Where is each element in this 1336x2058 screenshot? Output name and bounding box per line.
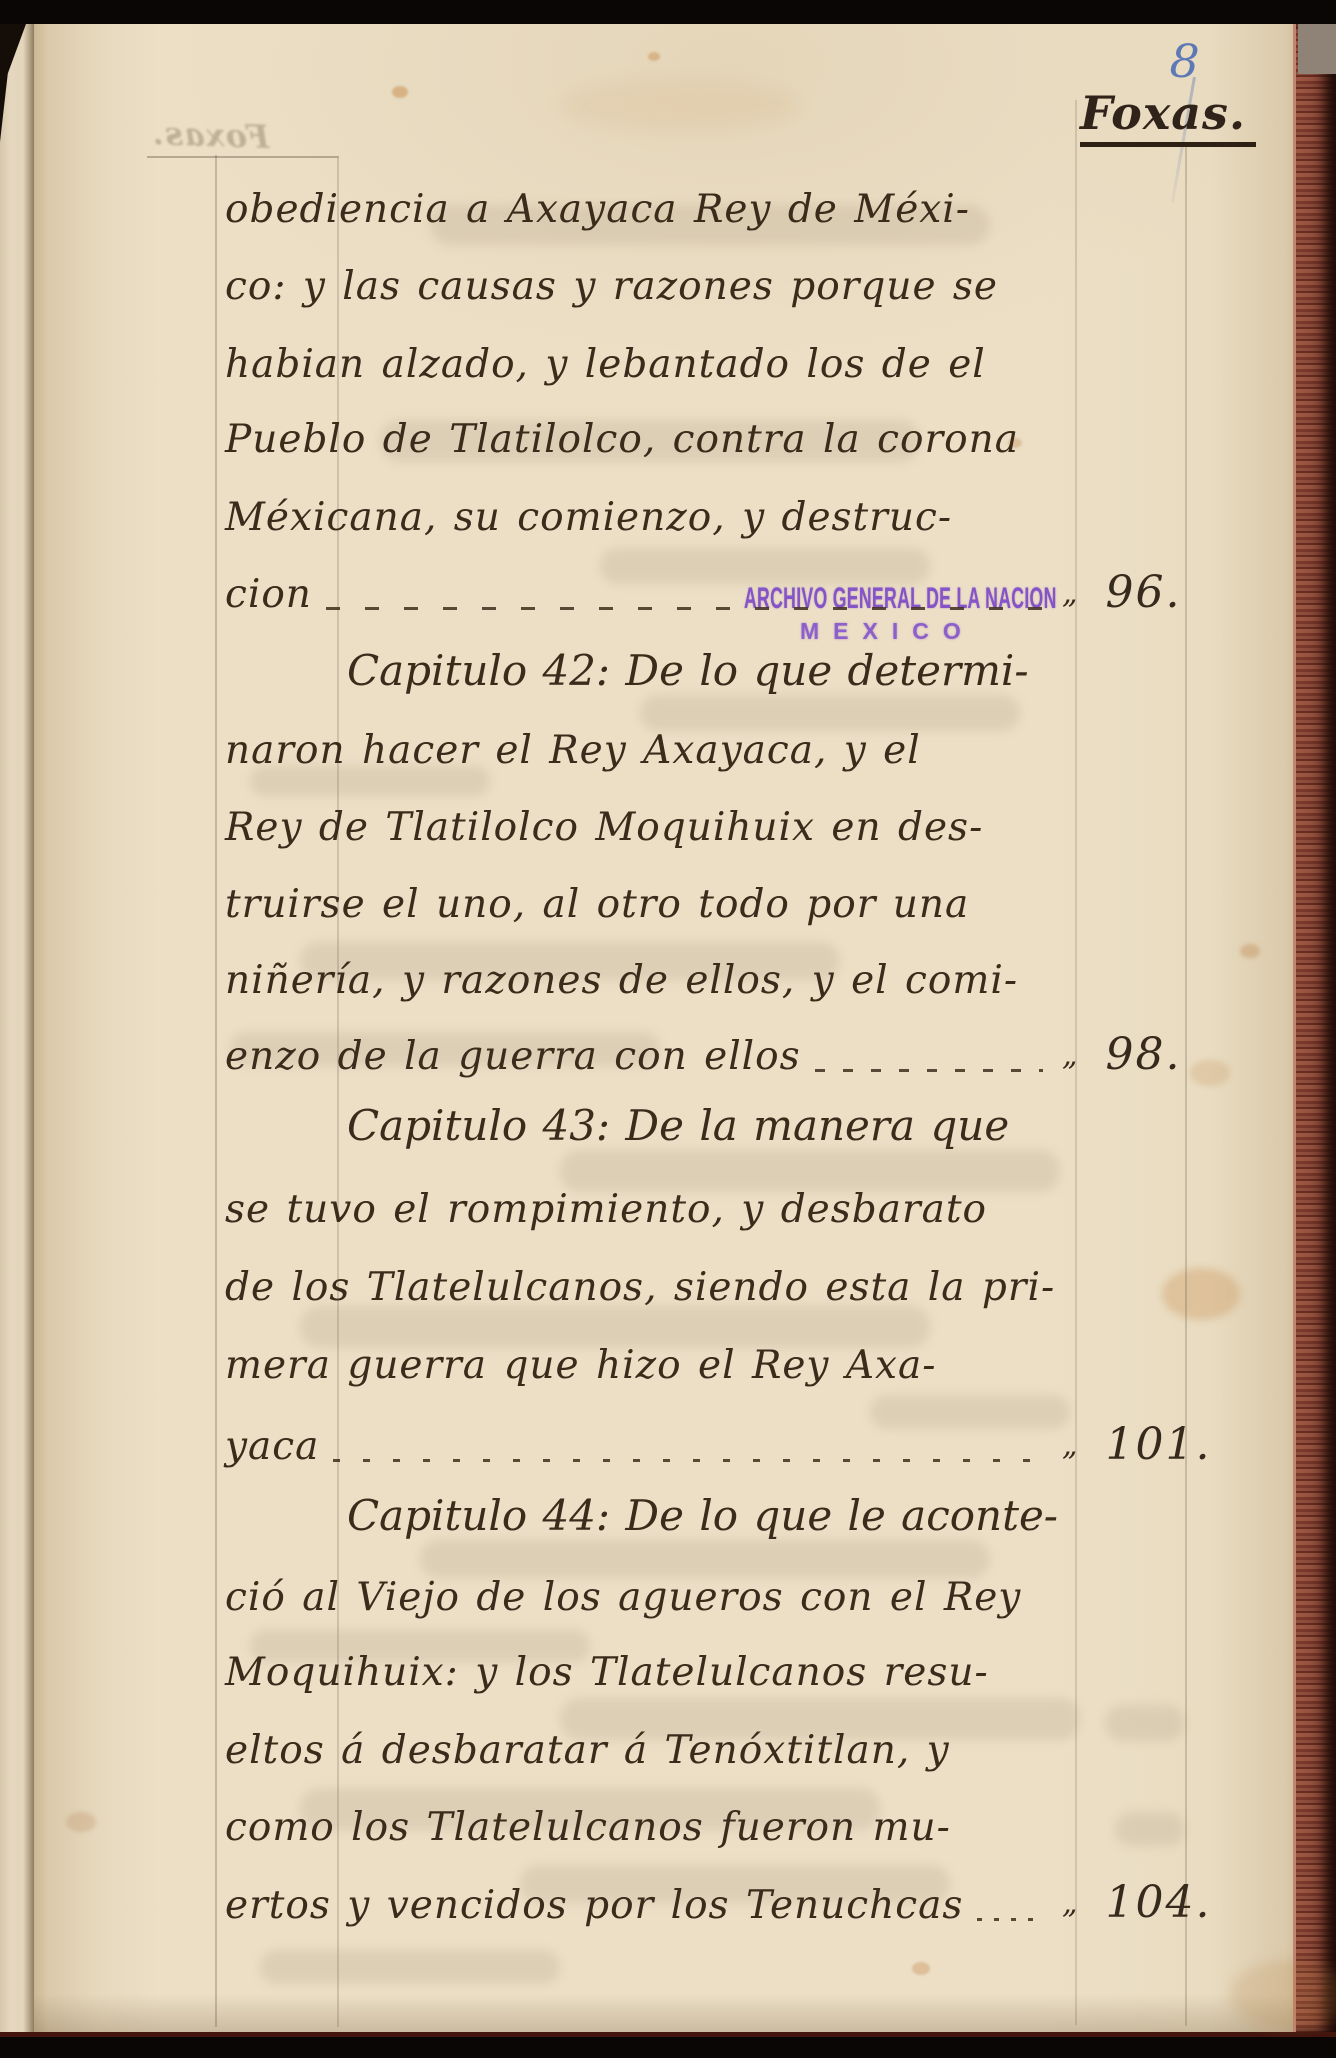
- dotted-leader: [963, 1879, 1047, 1933]
- manuscript-line-text: Rey de Tlatilolco Moquihuix en des-: [225, 801, 983, 855]
- manuscript-line-text: habian alzado, y lebantado los de el: [225, 338, 986, 392]
- manuscript-line-text: Méxicana, su comienzo, y destruc-: [225, 491, 952, 545]
- chapter-heading-line: Capitulo 42: De lo que determi-: [225, 636, 1169, 698]
- manuscript-line-text: como los Tlatelulcanos fueron mu-: [225, 1801, 951, 1855]
- manuscript-line-text: Capitulo 43: De la manera que: [347, 1099, 1009, 1153]
- manuscript-line: niñería, y razones de ellos, y el comi-: [225, 946, 1047, 1008]
- manuscript-line-text: ertos y vencidos por los Tenuchcas: [225, 1879, 963, 1933]
- manuscript-line: cion: [225, 560, 1047, 622]
- leader: [986, 338, 1047, 392]
- chapter-heading-line: Capitulo 43: De la manera que: [225, 1091, 1169, 1153]
- dotted-leader: [319, 1420, 1047, 1474]
- manuscript-line: Pueblo de Tlatilolco, contra la corona: [225, 405, 1047, 467]
- folio-mark: „: [1062, 570, 1078, 618]
- leader: [1018, 954, 1047, 1008]
- page-title: Foxas.: [1080, 86, 1256, 147]
- manuscript-line: como los Tlatelulcanos fueron mu-: [225, 1793, 1047, 1855]
- leader: [936, 1339, 1047, 1393]
- manuscript-scan: Foxas. 8 Foxas. ARCHIVO GENERAL DE LA NA…: [0, 0, 1336, 2058]
- manuscript-line-text: obediencia a Axayaca Rey de Méxi-: [225, 183, 970, 237]
- manuscript-line: se tuvo el rompimiento, y desbarato: [225, 1175, 1047, 1237]
- manuscript-line-text: Capitulo 42: De lo que determi-: [347, 644, 1029, 698]
- manuscript-line: obediencia a Axayaca Rey de Méxi-: [225, 175, 1047, 237]
- folio-mark: „: [1062, 1880, 1078, 1928]
- manuscript-line-text: enzo de la guerra con ellos: [225, 1030, 801, 1084]
- manuscript-line: ertos y vencidos por los Tenuchcas: [225, 1871, 1047, 1933]
- chapter-heading-line: Capitulo 44: De lo que le aconte-: [225, 1481, 1169, 1543]
- leader: [951, 1801, 1047, 1855]
- dotted-leader: [312, 568, 1047, 622]
- manuscript-line-text: se tuvo el rompimiento, y desbarato: [225, 1183, 987, 1237]
- leader: [987, 1183, 1047, 1237]
- page-content: Foxas. 8 Foxas. ARCHIVO GENERAL DE LA NA…: [0, 0, 1336, 2058]
- leader: [921, 724, 1047, 778]
- folio-mark: „: [1062, 1422, 1078, 1470]
- folio-number: 96.: [1106, 567, 1182, 618]
- heading-bleed-ghost: Foxas.: [151, 114, 270, 156]
- leader: [1019, 413, 1047, 467]
- manuscript-line: de los Tlatelulcanos, siendo esta la pri…: [225, 1253, 1047, 1315]
- leader: [952, 491, 1047, 545]
- manuscript-line: enzo de la guerra con ellos: [225, 1022, 1047, 1084]
- manuscript-line-text: de los Tlatelulcanos, siendo esta la pri…: [225, 1261, 1055, 1315]
- folio-number: 104.: [1106, 1877, 1212, 1928]
- manuscript-line-text: Pueblo de Tlatilolco, contra la corona: [225, 413, 1019, 467]
- folio-number: 101.: [1106, 1419, 1212, 1470]
- manuscript-line-text: cion: [225, 568, 312, 622]
- manuscript-line-text: truirse el uno, al otro todo por una: [225, 878, 969, 932]
- manuscript-line: co: y las causas y razones porque se: [225, 252, 1047, 314]
- leader: [1021, 1571, 1047, 1625]
- folio-entry: „96.: [1062, 558, 1247, 618]
- manuscript-line: Méxicana, su comienzo, y destruc-: [225, 483, 1047, 545]
- manuscript-line-text: Moquihuix: y los Tlatelulcanos resu-: [225, 1646, 989, 1700]
- manuscript-line-text: ció al Viejo de los agueros con el Rey: [225, 1571, 1021, 1625]
- folio-entry: „101.: [1062, 1410, 1247, 1470]
- manuscript-line-text: niñería, y razones de ellos, y el comi-: [225, 954, 1018, 1008]
- manuscript-line: habian alzado, y lebantado los de el: [225, 330, 1047, 392]
- manuscript-line: eltos á desbaratar á Tenóxtitlan, y: [225, 1716, 1047, 1778]
- leader: [1058, 1489, 1169, 1543]
- folio-entry: „104.: [1062, 1868, 1247, 1928]
- manuscript-line: Moquihuix: y los Tlatelulcanos resu-: [225, 1638, 1047, 1700]
- leader: [970, 183, 1047, 237]
- leader: [1029, 644, 1169, 698]
- manuscript-line: ció al Viejo de los agueros con el Rey: [225, 1563, 1047, 1625]
- manuscript-line: naron hacer el Rey Axayaca, y el: [225, 716, 1047, 778]
- manuscript-line: yaca: [225, 1412, 1047, 1474]
- folio-mark: „: [1062, 1032, 1078, 1080]
- folio-number: 98.: [1106, 1029, 1182, 1080]
- dotted-leader: [801, 1030, 1047, 1084]
- manuscript-line-text: eltos á desbaratar á Tenóxtitlan, y: [225, 1724, 950, 1778]
- manuscript-line-text: yaca: [225, 1420, 319, 1474]
- leader: [950, 1724, 1047, 1778]
- leader: [989, 1646, 1047, 1700]
- manuscript-line-text: co: y las causas y razones porque se: [225, 260, 998, 314]
- manuscript-line: Rey de Tlatilolco Moquihuix en des-: [225, 793, 1047, 855]
- leader: [1009, 1099, 1169, 1153]
- folio-number-pencil: 8: [1169, 33, 1201, 88]
- manuscript-line-text: naron hacer el Rey Axayaca, y el: [225, 724, 921, 778]
- manuscript-line-text: Capitulo 44: De lo que le aconte-: [347, 1489, 1058, 1543]
- leader: [998, 260, 1047, 314]
- manuscript-line-text: mera guerra que hizo el Rey Axa-: [225, 1339, 936, 1393]
- manuscript-line: mera guerra que hizo el Rey Axa-: [225, 1331, 1047, 1393]
- manuscript-line: truirse el uno, al otro todo por una: [225, 870, 1047, 932]
- leader: [983, 801, 1047, 855]
- folio-entry: „98.: [1062, 1020, 1247, 1080]
- leader: [969, 878, 1047, 932]
